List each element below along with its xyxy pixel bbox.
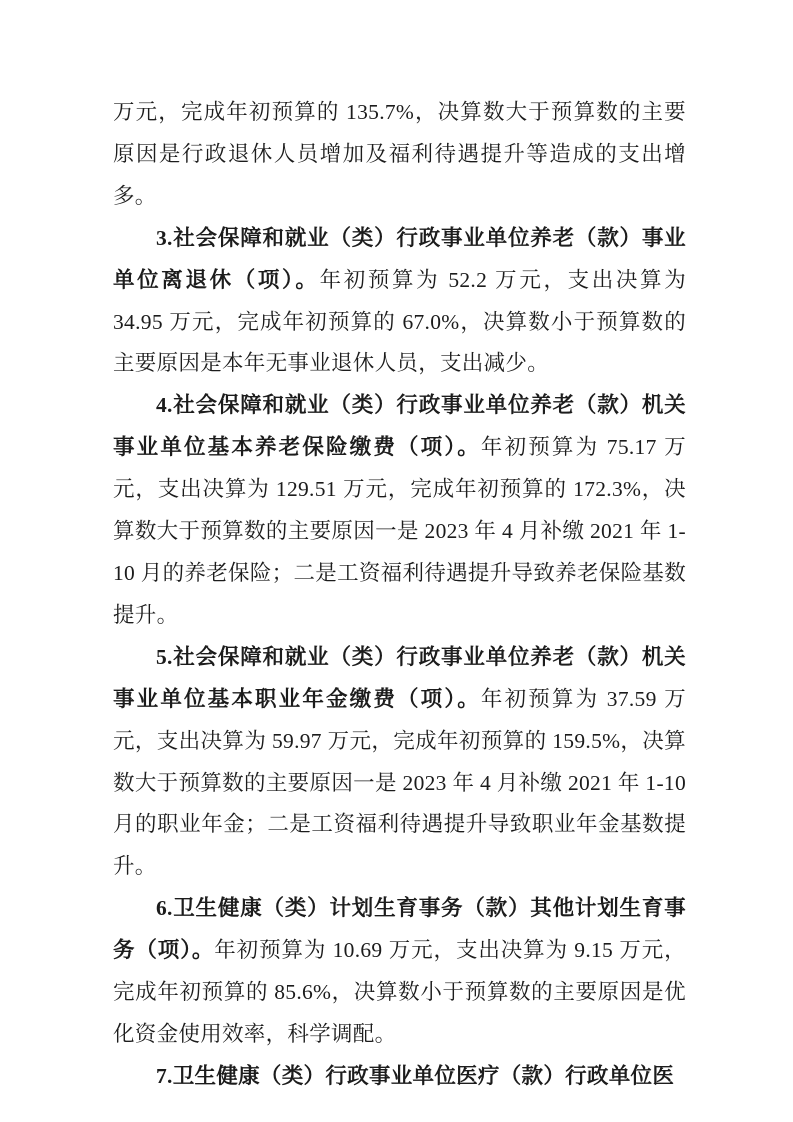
paragraph: 3.社会保障和就业（类）行政事业单位养老（款）事业单位离退休（项）。年初预算为 … xyxy=(113,218,686,386)
paragraph-body: 万元，完成年初预算的 135.7%，决算数大于预算数的主要原因是行政退休人员增加… xyxy=(113,100,686,208)
document-body: 万元，完成年初预算的 135.7%，决算数大于预算数的主要原因是行政退休人员增加… xyxy=(113,92,686,1098)
paragraph-body: 年初预算为 37.59 万元，支出决算为 59.97 万元，完成年初预算的 15… xyxy=(113,687,686,879)
paragraph: 万元，完成年初预算的 135.7%，决算数大于预算数的主要原因是行政退休人员增加… xyxy=(113,92,686,218)
document-page: 万元，完成年初预算的 135.7%，决算数大于预算数的主要原因是行政退休人员增加… xyxy=(0,0,793,1122)
paragraph-lead: 7.卫生健康（类）行政事业单位医疗（款）行政单位医 xyxy=(156,1064,674,1088)
paragraph: 7.卫生健康（类）行政事业单位医疗（款）行政单位医 xyxy=(113,1056,686,1098)
paragraph: 6.卫生健康（类）计划生育事务（款）其他计划生育事务（项）。年初预算为 10.6… xyxy=(113,888,686,1056)
paragraph-body: 年初预算为 75.17 万元，支出决算为 129.51 万元，完成年初预算的 1… xyxy=(113,435,686,627)
paragraph: 4.社会保障和就业（类）行政事业单位养老（款）机关事业单位基本养老保险缴费（项）… xyxy=(113,385,686,636)
paragraph: 5.社会保障和就业（类）行政事业单位养老（款）机关事业单位基本职业年金缴费（项）… xyxy=(113,637,686,888)
